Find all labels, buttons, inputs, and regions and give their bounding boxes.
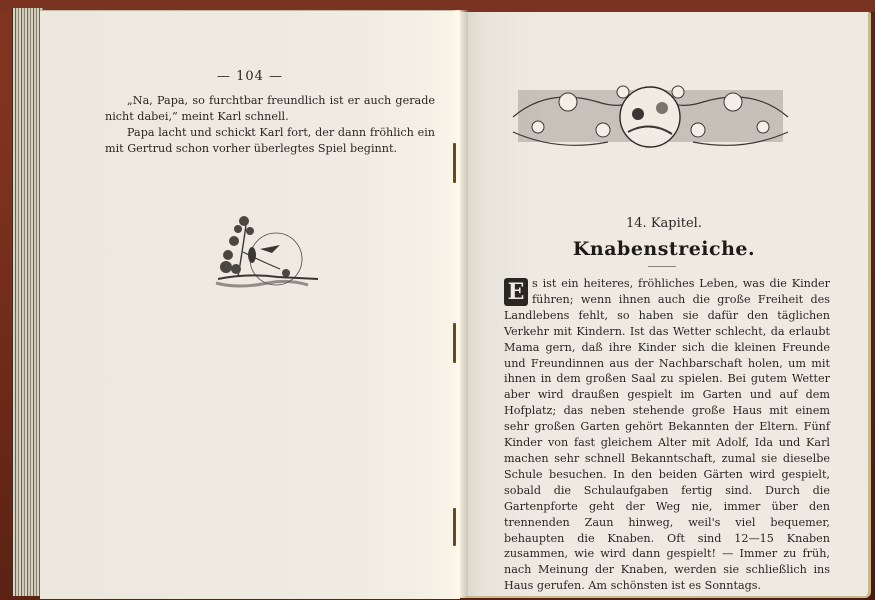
chapter-title: Knabenstreiche.	[460, 238, 868, 260]
binding-stitch	[453, 323, 456, 363]
binding-stitch	[453, 508, 456, 546]
paragraph: „Na, Papa, so furchtbar freundlich ist e…	[105, 93, 435, 125]
title-divider	[648, 266, 676, 267]
floral-headpiece-illustration	[508, 72, 793, 162]
right-page: 14. Kapitel. Knabenstreiche. Es ist ein …	[460, 12, 871, 598]
paragraph: Papa lacht und schickt Karl fort, der da…	[105, 125, 435, 157]
right-page-text: Es ist ein heiteres, fröhliches Leben, w…	[504, 276, 830, 594]
binding-stitch	[453, 143, 456, 183]
paragraph-body: s ist ein heiteres, fröhliches Leben, wa…	[504, 277, 830, 592]
page-stack-edge	[12, 8, 43, 596]
drop-cap: E	[504, 278, 528, 306]
bird-vignette-illustration	[208, 207, 323, 297]
left-page: — 104 — „Na, Papa, so furchtbar freundli…	[40, 10, 460, 599]
left-page-text: „Na, Papa, so furchtbar freundlich ist e…	[105, 93, 435, 157]
paragraph: Es ist ein heiteres, fröhliches Leben, w…	[504, 276, 830, 594]
page-number: — 104 —	[40, 69, 460, 84]
chapter-number: 14. Kapitel.	[460, 216, 868, 231]
